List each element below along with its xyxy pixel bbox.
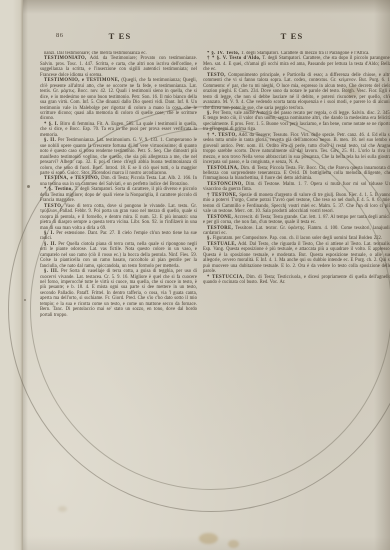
entry-paragraph: TESTIMONIATO, Add. da Testimoniare; Prov…: [40, 56, 197, 78]
entry-headword: † * §. V. Testo d'Aldo,: [207, 56, 261, 61]
entry-paragraph: §. I. Per estensione. Dant. Par. 27. Il …: [40, 231, 197, 242]
entry-headword: §.: [207, 111, 211, 116]
entry-headword: * TESTUCCIA,: [207, 275, 244, 280]
entry-headword: TESTINA, e TESTINO,: [44, 176, 100, 181]
entry-headword: † *. TESTO,: [207, 133, 237, 138]
entry-headword: TESTORE,: [207, 226, 233, 231]
entry-paragraph: TESTOLINA, Dim. di Testa; Piccola Testa.…: [203, 166, 390, 182]
entry-paragraph: * §. Testino, T. degli Stampatori. Sorta…: [40, 187, 197, 203]
running-head-left: T ES: [98, 31, 142, 41]
entry-headword: TESTIMONIATO,: [44, 56, 87, 61]
page-fold: [0, 0, 23, 550]
entry-paragraph: TESTO, Vaso di terra cotta, dove si pong…: [40, 204, 197, 231]
entry-headword: TESTOLINA,: [207, 166, 239, 171]
paper-stain: [58, 506, 67, 512]
entry-paragraph: TESTO, Componimento principale, e Partic…: [203, 73, 390, 111]
entry-paragraph: † *. TESTO, Add. da Tessere; Tessuto. Fi…: [203, 133, 390, 166]
entry-headword: * §. Testino,: [44, 187, 73, 192]
entry-paragraph: TESTONE, Accrescit. di Testa; Testa gran…: [203, 215, 390, 226]
scanned-page: 86 T ES T ES nanzi. Dal testimoniare; ch…: [0, 0, 390, 550]
entry-headword: §. II.: [44, 242, 56, 247]
entry-paragraph: * §. I. Birro di femmina. Fit. A. Eugen.…: [40, 122, 197, 138]
entry-headword: † TESTONE,: [207, 193, 238, 198]
entry-headword: §.: [207, 236, 211, 241]
entry-headword: §. III.: [44, 269, 59, 274]
text-column-left: nanzi. Dal testimoniare; che merita test…: [40, 51, 197, 318]
entry-headword: TESTIMONIO, e TESTIMONE,: [44, 78, 119, 83]
entry-paragraph: † TESTONE, Spezie di moneta d'argento di…: [203, 193, 390, 215]
entry-headword: * §. I.: [44, 122, 59, 127]
entry-paragraph: §. II. Per Testimonianza. Lat. testimoni…: [40, 138, 197, 176]
entry-headword: TESTONE,: [207, 215, 233, 220]
text-column-right: * §. IV. Testo, T. degli Stampatori. Car…: [203, 51, 390, 285]
entry-headword: TESTUALE,: [207, 242, 236, 247]
entry-paragraph: TESTIMONIO, e TESTIMONE, (Quegli, che fa…: [40, 78, 197, 122]
entry-paragraph: §. II. Per Quella ciotola piana di terra…: [40, 242, 197, 269]
entry-headword: TESTO,: [207, 73, 226, 78]
entry-paragraph: TESTINA, e TESTINO, Dim. di Testa; Picco…: [40, 176, 197, 187]
entry-paragraph: TESTORE, Tessitore. Lat. textor. Gr. ὑφά…: [203, 226, 390, 237]
page-fold-shadow: [23, 0, 28, 550]
page-number: 86: [56, 32, 76, 39]
paper-stain: [228, 540, 239, 548]
running-head-right: T ES: [270, 31, 314, 41]
entry-headword: TESTONCINO,: [207, 182, 243, 187]
paper-stain: [199, 533, 218, 544]
entry-headword: §. II.: [44, 138, 56, 143]
entry-paragraph: TESTUALE, Add. Dal Testo, che riguarda i…: [203, 242, 390, 275]
entry-paragraph: † * §. V. Testo d'Aldo, T. degli Stampat…: [203, 56, 390, 72]
entry-paragraph: TESTONCINO, Dim. di Testone. Malm. 1. 7.…: [203, 182, 390, 193]
entry-headword: TESTO,: [44, 204, 63, 209]
entry-paragraph: §. Per Testo, vale anche Autorità del pa…: [203, 111, 390, 133]
entry-headword: §. I.: [44, 231, 54, 236]
entry-headword: * §. IV. Testo,: [207, 51, 240, 56]
entry-paragraph: * TESTUCCIA, Dim. di Testa; Testicciuola…: [203, 275, 390, 286]
entry-paragraph: §. III. Per Sorta di vasellaje di terra …: [40, 269, 197, 318]
